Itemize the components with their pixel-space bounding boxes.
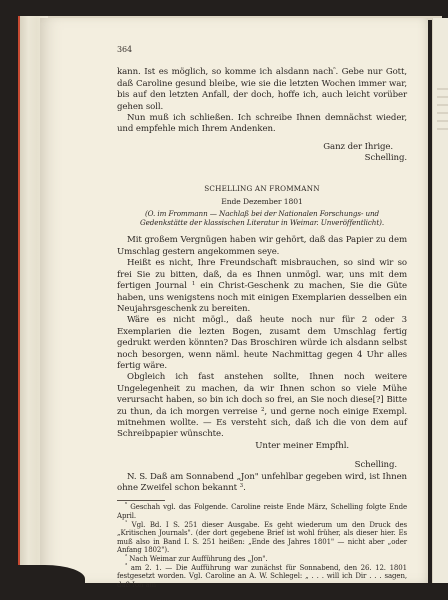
footnote-mark: ¹	[125, 520, 127, 526]
footnote-mark: ²	[125, 554, 127, 560]
footnote-text: Nach Weimar zur Aufführung des „Jon".	[129, 555, 267, 563]
facing-page-edge	[432, 18, 448, 583]
text: kann. Ist es möglich, so komme ich alsda…	[117, 67, 333, 77]
facing-page-text-line	[437, 120, 448, 122]
footnote-6: ⁶ Geschah vgl. das Folgende. Caroline re…	[117, 503, 407, 520]
footnote-mark: ³	[125, 563, 127, 569]
footnote-mark: ⁶	[125, 502, 127, 508]
letter2-paragraph-1: Mit großem Vergnügen haben wir gehört, d…	[117, 235, 407, 258]
letter2-paragraph-2: Heißt es nicht, Ihre Freundschaft misbra…	[117, 258, 407, 315]
letter-heading: SCHELLING AN FROMMANN	[117, 183, 407, 194]
facing-page-text-line	[437, 88, 448, 90]
footnote-3: ³ am 2. 1. — Die Aufführung war zunächst…	[117, 564, 407, 590]
footnote-1: ¹ Vgl. Bd. I S. 251 dieser Ausgabe. Es g…	[117, 521, 407, 555]
footnote-text: am 2. 1. — Die Aufführung war zunächst f…	[117, 564, 407, 589]
letter2-closing: Unter meiner Empfhl.	[117, 441, 407, 452]
facing-page-text-line	[437, 104, 448, 106]
page-content: 364 kann. Ist es möglich, so komme ich a…	[117, 44, 407, 589]
letter-date: Ende Dezember 1801	[117, 196, 407, 207]
letter-source-note: (O. im Frommann — Nachlaß bei der Nation…	[125, 209, 399, 227]
letter2-paragraph-3: Wäre es nicht mögl., daß heute noch nur …	[117, 315, 407, 372]
letter1-paragraph-2: Nun muß ich schließen. Ich schreibe Ihne…	[117, 113, 407, 136]
letter1-signature: Schelling.	[117, 153, 407, 164]
letter1-paragraph-1: kann. Ist es möglich, so komme ich alsda…	[117, 67, 407, 113]
page-number: 364	[117, 44, 407, 55]
facing-page-text-line	[437, 128, 448, 130]
letter1-closing: Ganz der Ihrige.	[117, 142, 407, 153]
footnote-2: ² Nach Weimar zur Aufführung des „Jon".	[117, 555, 407, 564]
facing-page-text-line	[437, 112, 448, 114]
postscript: N. S. Daß am Sonnabend „Jon" unfehlbar g…	[117, 472, 407, 495]
text: .	[243, 483, 246, 493]
letter2-paragraph-4: Obgleich ich fast anstehen sollte, Ihnen…	[117, 372, 407, 440]
footnote-text: Vgl. Bd. I S. 251 dieser Ausgabe. Es geh…	[117, 521, 407, 555]
letter2-signature: Schelling.	[117, 460, 407, 471]
text: N. S. Daß am Sonnabend „Jon" unfehlbar g…	[117, 472, 407, 493]
footnote-text: Geschah vgl. das Folgende. Caroline reis…	[117, 503, 407, 520]
facing-page-text-line	[437, 96, 448, 98]
